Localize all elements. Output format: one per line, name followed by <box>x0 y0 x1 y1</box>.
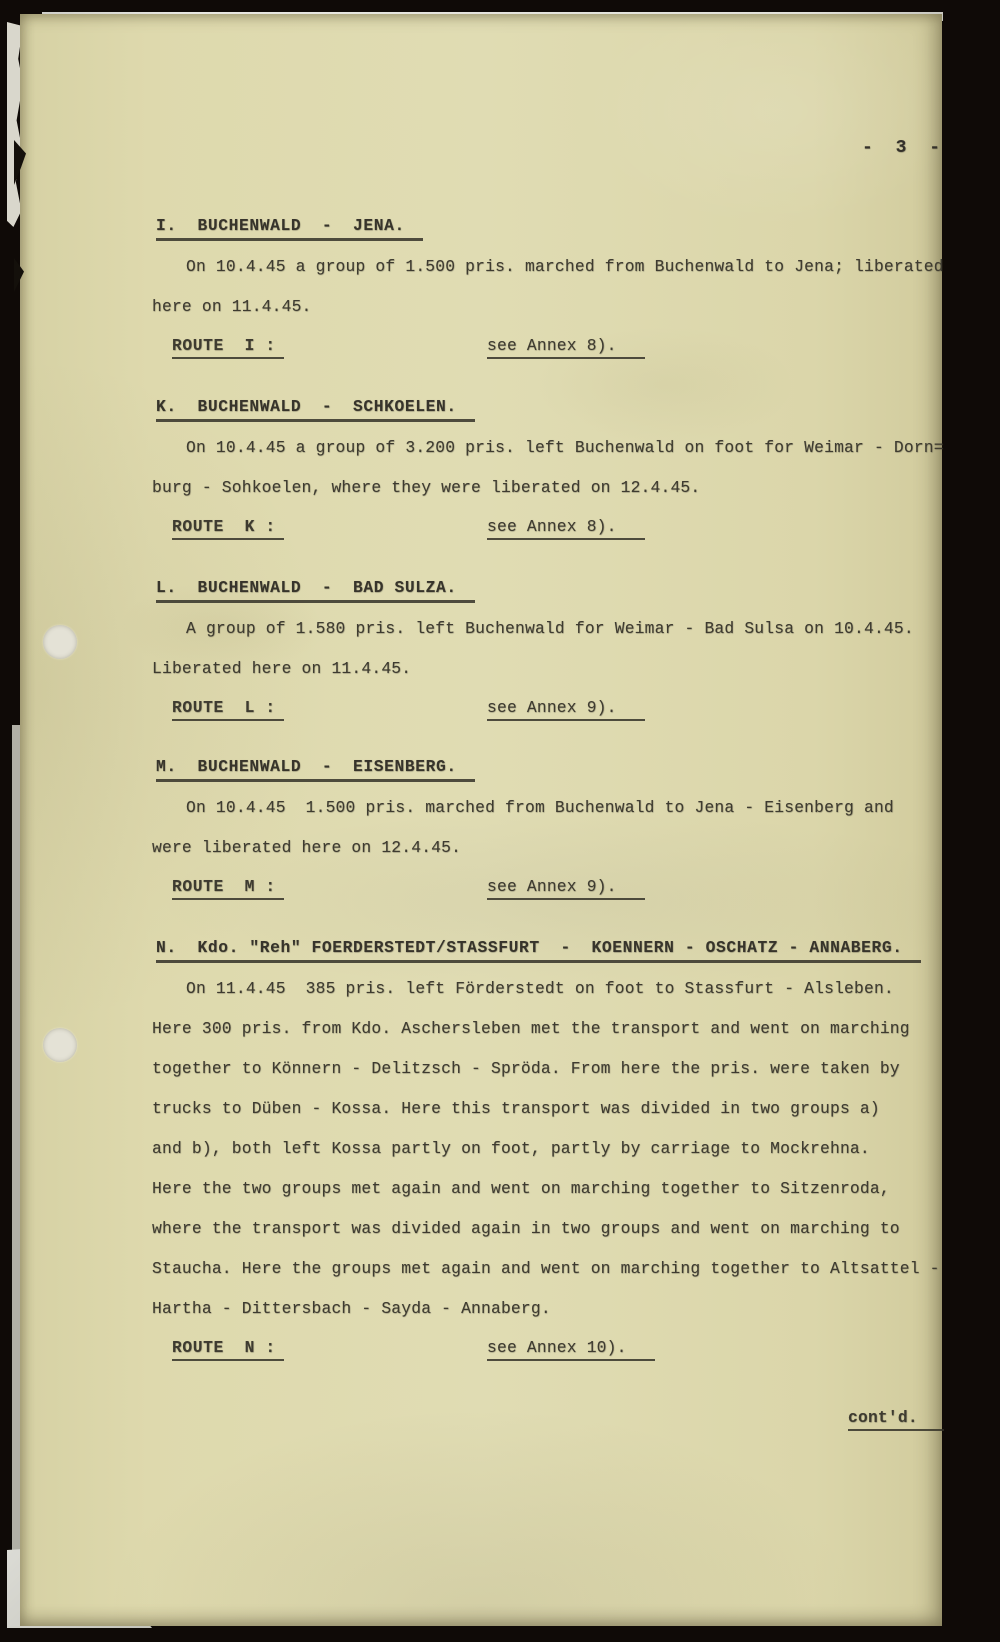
paragraph-line: burg - Sohkoelen, where they were libera… <box>152 477 954 517</box>
paragraph-line: Hartha - Dittersbach - Sayda - Annaberg. <box>152 1298 954 1338</box>
continuation-note: cont'd. <box>848 1408 944 1431</box>
paragraph-line: On 11.4.45 385 pris. left Förderstedt on… <box>152 978 954 1018</box>
section-kdo-reh-foerderstedt: N. Kdo. "Reh" FOERDERSTEDT/STASSFURT - K… <box>152 938 954 1378</box>
page-number: - 3 - <box>862 138 946 158</box>
document-page: - 3 - I. BUCHENWALD - JENA. On 10.4.45 a… <box>20 14 942 1626</box>
paragraph-line: On 10.4.45 a group of 3.200 pris. left B… <box>152 437 954 477</box>
section-heading: L. BUCHENWALD - BAD SULZA. <box>156 578 475 603</box>
route-label: ROUTE I : <box>172 336 284 359</box>
route-label: ROUTE M : <box>172 877 284 900</box>
section-buchenwald-bad-sulza: L. BUCHENWALD - BAD SULZA. A group of 1.… <box>152 578 954 738</box>
paragraph-line: Here the two groups met again and went o… <box>152 1178 954 1218</box>
paragraph-line: together to Könnern - Delitzsch - Spröda… <box>152 1058 954 1098</box>
section-buchenwald-jena: I. BUCHENWALD - JENA. On 10.4.45 a group… <box>152 216 954 376</box>
hole-punch-top <box>43 625 77 659</box>
route-label: ROUTE N : <box>172 1338 284 1361</box>
section-heading: N. Kdo. "Reh" FOERDERSTEDT/STASSFURT - K… <box>156 938 921 963</box>
paragraph-line: here on 11.4.45. <box>152 296 954 336</box>
annex-reference: see Annex 8). <box>487 517 645 540</box>
paragraph-line: trucks to Düben - Kossa. Here this trans… <box>152 1098 954 1138</box>
route-row: ROUTE L : see Annex 9). <box>152 698 954 738</box>
paragraph-line: Staucha. Here the groups met again and w… <box>152 1258 954 1298</box>
route-row: ROUTE I : see Annex 8). <box>152 336 954 376</box>
route-label: ROUTE L : <box>172 698 284 721</box>
paragraph-line: On 10.4.45 a group of 1.500 pris. marche… <box>152 256 954 296</box>
paragraph-line: Liberated here on 11.4.45. <box>152 658 954 698</box>
paragraph-line: where the transport was divided again in… <box>152 1218 954 1258</box>
annex-reference: see Annex 9). <box>487 877 645 900</box>
section-heading: K. BUCHENWALD - SCHKOELEN. <box>156 397 475 422</box>
scan-left-sliver <box>12 725 20 1625</box>
paragraph-line: and b), both left Kossa partly on foot, … <box>152 1138 954 1178</box>
paragraph-line: Here 300 pris. from Kdo. Aschersleben me… <box>152 1018 954 1058</box>
annex-reference: see Annex 8). <box>487 336 645 359</box>
route-label: ROUTE K : <box>172 517 284 540</box>
route-row: ROUTE N : see Annex 10). <box>152 1338 954 1378</box>
annex-reference: see Annex 9). <box>487 698 645 721</box>
section-buchenwald-eisenberg: M. BUCHENWALD - EISENBERG. On 10.4.45 1.… <box>152 757 954 917</box>
section-buchenwald-schkoelen: K. BUCHENWALD - SCHKOELEN. On 10.4.45 a … <box>152 397 954 557</box>
paragraph-line: On 10.4.45 1.500 pris. marched from Buch… <box>152 797 954 837</box>
paragraph-line: A group of 1.580 pris. left Buchenwald f… <box>152 618 954 658</box>
section-heading: M. BUCHENWALD - EISENBERG. <box>156 757 475 782</box>
paragraph-line: were liberated here on 12.4.45. <box>152 837 954 877</box>
hole-punch-bottom <box>43 1028 77 1062</box>
annex-reference: see Annex 10). <box>487 1338 655 1361</box>
route-row: ROUTE K : see Annex 8). <box>152 517 954 557</box>
route-row: ROUTE M : see Annex 9). <box>152 877 954 917</box>
section-heading: I. BUCHENWALD - JENA. <box>156 216 423 241</box>
